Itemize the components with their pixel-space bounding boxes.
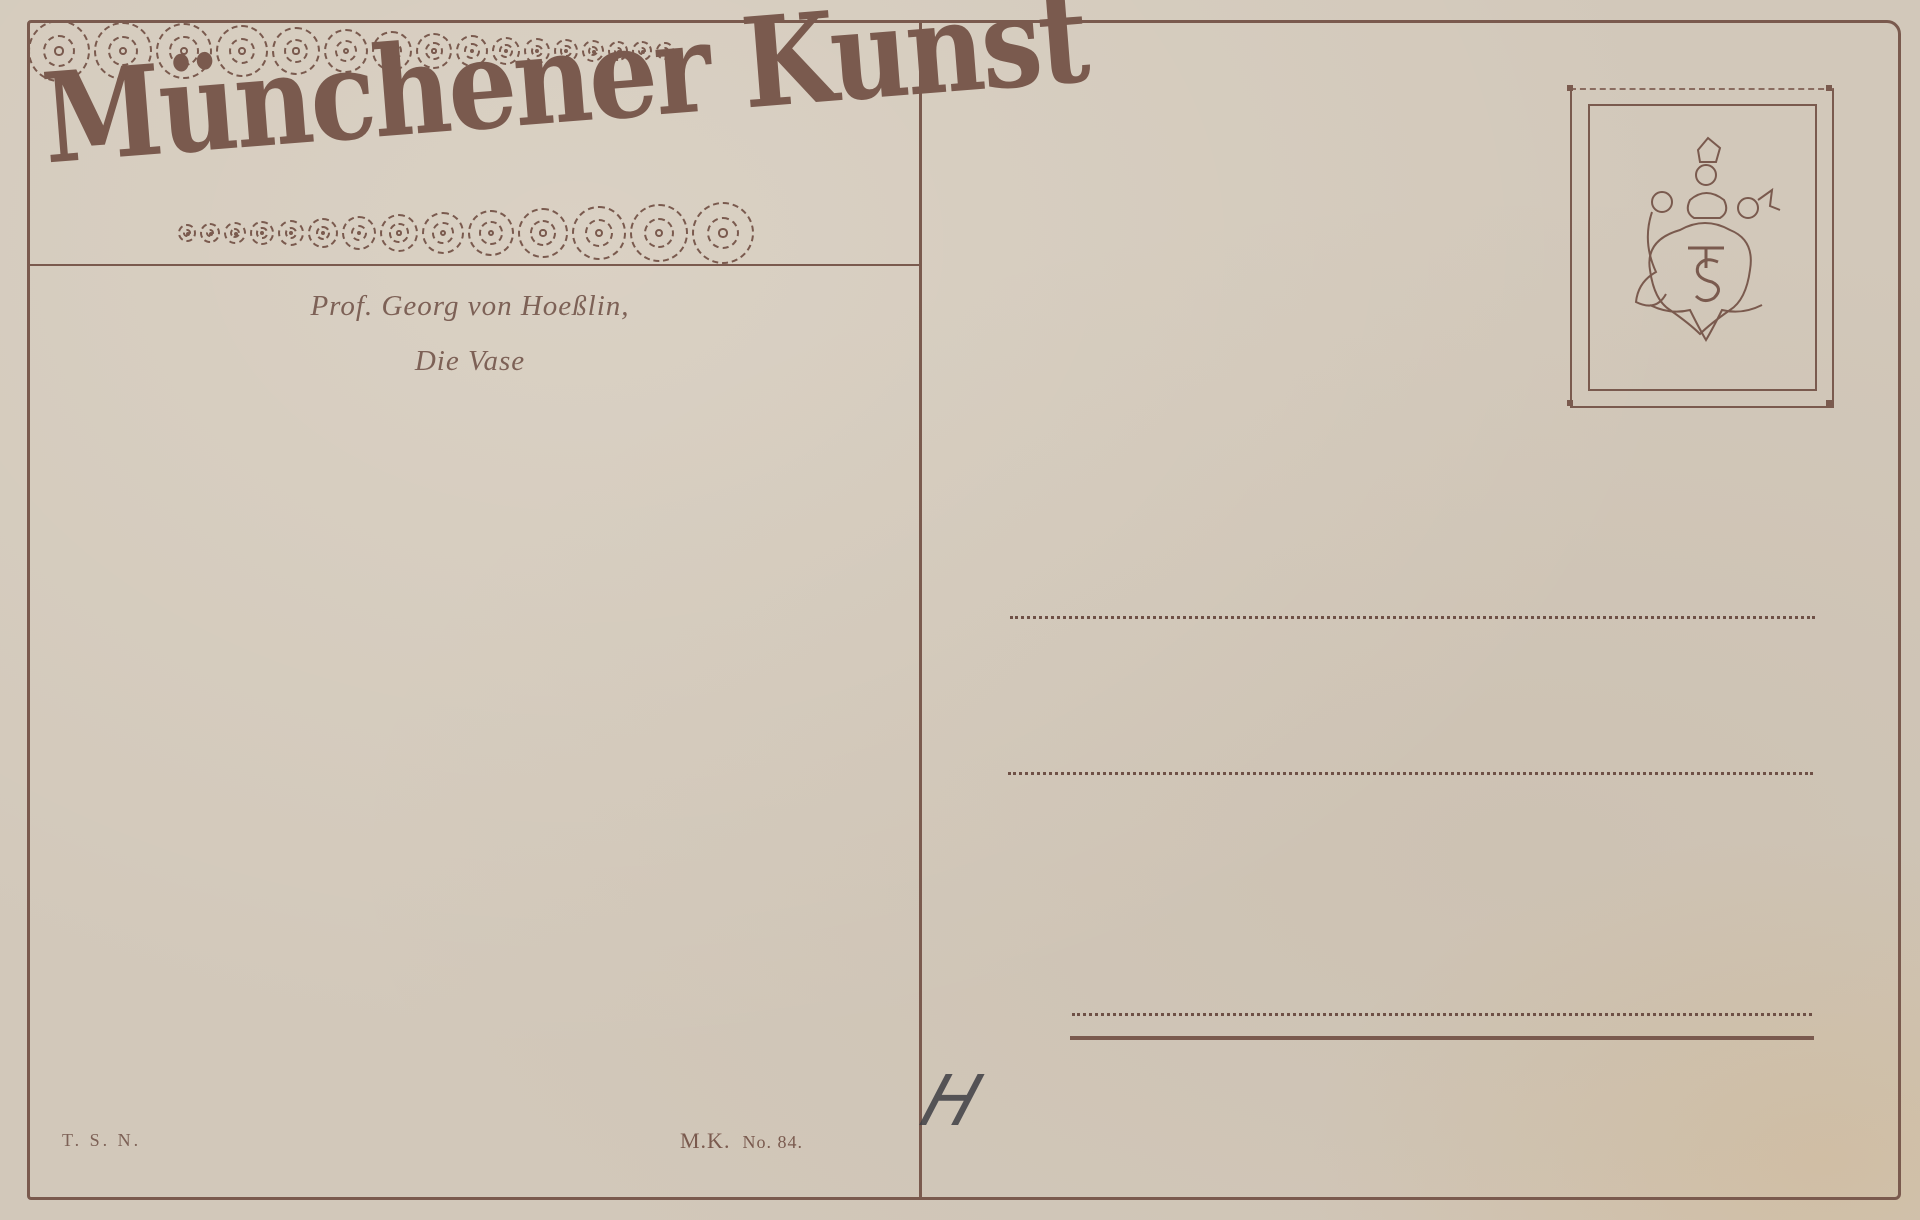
- header-band: Münchener Kunst: [28, 14, 920, 266]
- address-line-3: [1072, 1013, 1812, 1016]
- ornament-bottom-icon: [178, 202, 754, 264]
- header-rule: [28, 264, 920, 266]
- corner-mark-icon: [1826, 400, 1832, 406]
- address-line-2: [1008, 772, 1813, 775]
- postcard-back: Münchener Kunst Prof. Georg von Hoeßlin,…: [0, 0, 1920, 1220]
- crest-emblem-icon: [1620, 130, 1790, 370]
- caption-work: Die Vase: [220, 345, 720, 378]
- corner-mark-icon: [1567, 400, 1573, 406]
- corner-mark-icon: [1567, 85, 1573, 91]
- caption-artist: Prof. Georg von Hoeßlin,: [220, 290, 720, 323]
- card-number: No. 84.: [742, 1132, 803, 1152]
- address-underline: [1070, 1036, 1814, 1040]
- publisher-mark: T. S. N.: [62, 1130, 141, 1151]
- address-line-1: [1010, 616, 1815, 619]
- series-label: M.K.: [680, 1128, 730, 1153]
- series-number: M.K.No. 84.: [680, 1128, 803, 1154]
- corner-mark-icon: [1826, 85, 1832, 91]
